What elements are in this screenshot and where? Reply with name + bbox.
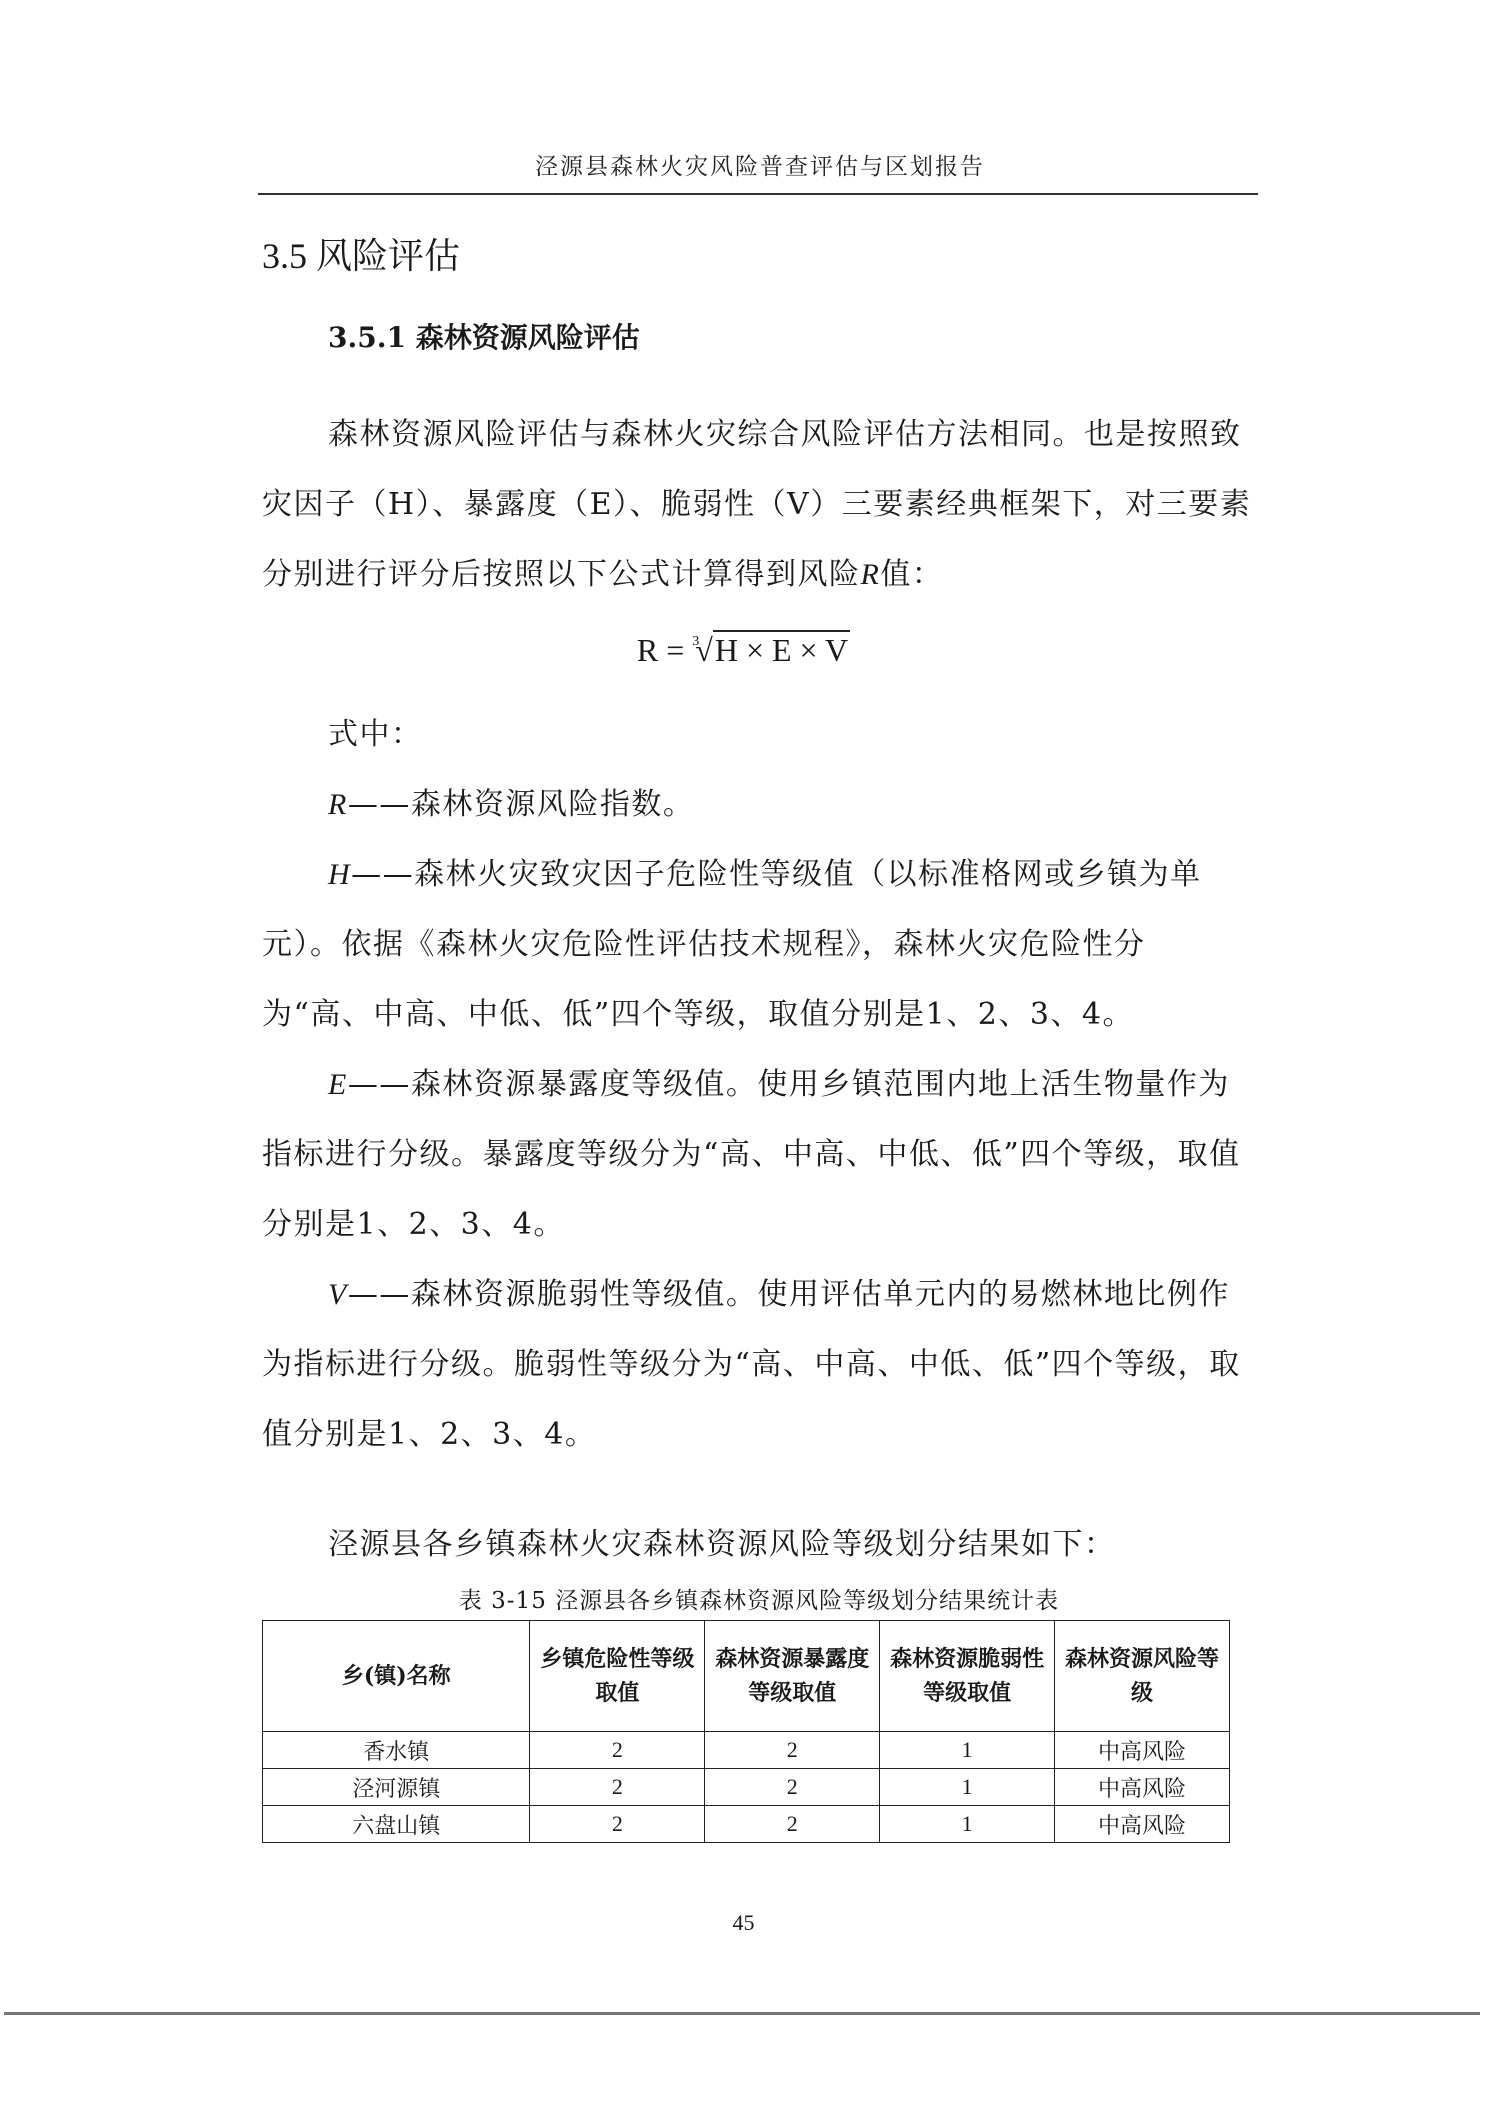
section-heading: 3.5 风险评估 — [262, 228, 460, 279]
def-text: ——森林资源风险指数。 — [348, 787, 695, 822]
def-text: ——森林火灾致灾因子危险性等级值（以标准格网或乡镇为单元）。依据《森林火灾危险性… — [262, 857, 1202, 1032]
cell-town: 六盘山镇 — [263, 1806, 530, 1843]
table-caption: 表 3-15 泾源县各乡镇森林资源风险等级划分结果统计表 — [262, 1582, 1256, 1615]
def-var: H — [328, 858, 351, 891]
cell-exposure: 2 — [705, 1732, 880, 1769]
cell-exposure: 2 — [705, 1806, 880, 1843]
risk-table: 乡(镇)名称 乡镇危险性等级取值 森林资源暴露度等级取值 森林资源脆弱性等级取值… — [262, 1620, 1230, 1843]
cell-exposure: 2 — [705, 1769, 880, 1806]
risk-formula: R = 3√H × E × V — [0, 632, 1487, 669]
formula-radicand: H × E × V — [713, 630, 850, 668]
lead-in-text: 泾源县各乡镇森林火灾森林资源风险等级划分结果如下： — [328, 1527, 1116, 1562]
definition-e: E——森林资源暴露度等级值。使用乡镇范围内地上活生物量作为指标进行分级。暴露度等… — [262, 1050, 1256, 1260]
intro-text: 森林资源风险评估与森林火灾综合风险评估方法相同。也是按照致灾因子（H）、暴露度（… — [262, 417, 1251, 592]
intro-paragraph: 森林资源风险评估与森林火灾综合风险评估方法相同。也是按照致灾因子（H）、暴露度（… — [262, 400, 1256, 610]
col-header: 森林资源风险等级 — [1055, 1621, 1230, 1732]
def-var: R — [328, 788, 348, 821]
cell-vulnerability: 1 — [880, 1732, 1055, 1769]
col-header: 乡镇危险性等级取值 — [530, 1621, 705, 1732]
intro-var: R — [861, 558, 881, 591]
definition-h: H——森林火灾致灾因子危险性等级值（以标准格网或乡镇为单元）。依据《森林火灾危险… — [262, 840, 1256, 1050]
cell-town: 香水镇 — [263, 1732, 530, 1769]
subsection-heading: 3.5.1 森林资源风险评估 — [328, 316, 640, 356]
table-row: 香水镇 2 2 1 中高风险 — [263, 1732, 1230, 1769]
cell-town: 泾河源镇 — [263, 1769, 530, 1806]
formula-lhs: R = — [637, 632, 692, 668]
def-var: E — [328, 1068, 348, 1101]
intro-suffix: 值： — [880, 557, 943, 592]
col-header: 乡(镇)名称 — [263, 1621, 530, 1732]
table-lead-in: 泾源县各乡镇森林火灾森林资源风险等级划分结果如下： — [262, 1510, 1256, 1580]
table-row: 六盘山镇 2 2 1 中高风险 — [263, 1806, 1230, 1843]
running-header: 泾源县森林火灾风险普查评估与区划报告 — [260, 148, 1260, 181]
def-text: ——森林资源暴露度等级值。使用乡镇范围内地上活生物量作为指标进行分级。暴露度等级… — [262, 1067, 1241, 1242]
definition-r: R——森林资源风险指数。 — [262, 770, 1256, 840]
where-label: 式中： — [262, 700, 1256, 770]
cell-hazard: 2 — [530, 1806, 705, 1843]
footer-divider — [4, 2012, 1480, 2015]
cell-risk-level: 中高风险 — [1055, 1806, 1230, 1843]
cell-vulnerability: 1 — [880, 1769, 1055, 1806]
cell-hazard: 2 — [530, 1769, 705, 1806]
definition-v: V——森林资源脆弱性等级值。使用评估单元内的易燃林地比例作为指标进行分级。脆弱性… — [262, 1260, 1256, 1470]
table-header-row: 乡(镇)名称 乡镇危险性等级取值 森林资源暴露度等级取值 森林资源脆弱性等级取值… — [263, 1621, 1230, 1732]
header-divider — [258, 193, 1258, 195]
where-text: 式中： — [328, 717, 423, 752]
root-index: 3 — [692, 634, 699, 649]
page-number: 45 — [0, 1910, 1487, 1936]
cell-vulnerability: 1 — [880, 1806, 1055, 1843]
cell-risk-level: 中高风险 — [1055, 1769, 1230, 1806]
col-header: 森林资源暴露度等级取值 — [705, 1621, 880, 1732]
cube-root: 3√H × E × V — [692, 632, 850, 669]
table-row: 泾河源镇 2 2 1 中高风险 — [263, 1769, 1230, 1806]
def-text: ——森林资源脆弱性等级值。使用评估单元内的易燃林地比例作为指标进行分级。脆弱性等… — [262, 1277, 1241, 1452]
cell-hazard: 2 — [530, 1732, 705, 1769]
col-header: 森林资源脆弱性等级取值 — [880, 1621, 1055, 1732]
cell-risk-level: 中高风险 — [1055, 1732, 1230, 1769]
def-var: V — [328, 1278, 348, 1311]
